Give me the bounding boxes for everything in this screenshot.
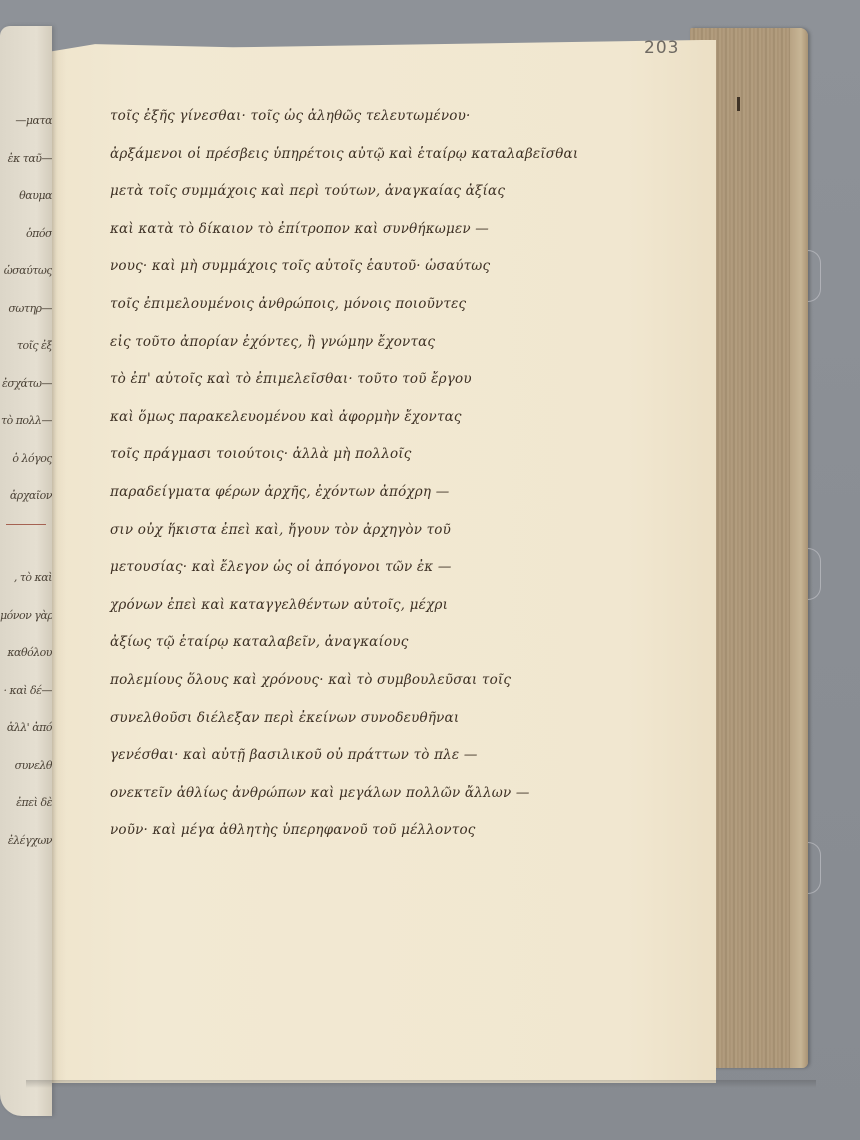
verso-line: · καὶ δέ— — [0, 684, 52, 700]
manuscript-line: ἀρξάμενοι οἱ πρέσβεις ὑπηρέτοις αὐτῷ καὶ… — [110, 146, 578, 174]
manuscript-line: νοῦν· καὶ μέγα ἀθλητὴς ὑπερηφανοῦ τοῦ μέ… — [110, 822, 476, 850]
manuscript-line: γενέσθαι· καὶ αὐτῇ βασιλικοῦ οὐ πράττων … — [110, 747, 478, 775]
page-edge-mark — [737, 97, 740, 111]
manuscript-line: παραδείγματα φέρων ἀρχῆς, ἐχόντων ἀπόχρη… — [110, 484, 449, 512]
manuscript-line: σιν οὐχ ἥκιστα ἐπεὶ καὶ, ἤγουν τὸν ἀρχηγ… — [110, 522, 451, 550]
verso-line: ἐσχάτω— — [0, 377, 52, 393]
manuscript-line: καὶ ὅμως παρακελευομένου καὶ ἀφορμὴν ἔχο… — [110, 409, 462, 437]
manuscript-line: μετὰ τοῖς συμμάχοις καὶ περὶ τούτων, ἀνα… — [110, 183, 505, 211]
verso-line: ἐκ ταῦ— — [0, 152, 52, 168]
book-clasp-mark — [808, 842, 821, 894]
manuscript-line: καὶ κατὰ τὸ δίκαιον τὸ ἐπίτροπον καὶ συν… — [110, 221, 489, 249]
manuscript-line: πολεμίους ὅλους καὶ χρόνους· καὶ τὸ συμβ… — [110, 672, 511, 700]
verso-line: ἐπεὶ δὲ — [0, 796, 52, 812]
verso-line: θαυμα — [0, 189, 52, 205]
verso-line: , τὸ καὶ — [0, 571, 52, 587]
verso-line: μόνον γὰρ — [0, 609, 52, 625]
book-clasp-mark — [808, 250, 821, 302]
verso-line: ἀρχαῖον — [0, 489, 52, 505]
book-clasp-mark — [808, 548, 821, 600]
verso-line: σωτηρ— — [0, 302, 52, 318]
folio-number: 203 — [644, 38, 679, 58]
verso-line: συνελθ — [0, 759, 52, 775]
manuscript-line: συνελθοῦσι διέλεξαν περὶ ἐκείνων συνοδευ… — [110, 710, 459, 738]
verso-line: καθόλου — [0, 646, 52, 662]
manuscript-line: χρόνων ἐπεὶ καὶ καταγγελθέντων αὐτοῖς, μ… — [110, 597, 448, 625]
manuscript-line: μετουσίας· καὶ ἔλεγον ὡς οἱ ἀπόγονοι τῶν… — [110, 559, 452, 587]
page-shadow — [26, 1080, 816, 1088]
rubric-line — [6, 524, 46, 525]
verso-line: ὁπόσ — [0, 227, 52, 243]
manuscript-line: τοῖς ἐξῆς γίνεσθαι· τοῖς ὡς ἀληθῶς τελευ… — [110, 108, 471, 136]
manuscript-line: ἀξίως τῷ ἑταίρῳ καταλαβεῖν, ἀναγκαίους — [110, 634, 408, 662]
manuscript-line: τὸ ἐπ' αὐτοῖς καὶ τὸ ἐπιμελεῖσθαι· τοῦτο… — [110, 371, 472, 399]
verso-line: ὡσαύτως — [0, 264, 52, 280]
verso-line: ἐλέγχων — [0, 834, 52, 850]
verso-line: —ματα — [0, 114, 52, 130]
verso-page: —ματαἐκ ταῦ—θαυμαὁπόσὡσαύτωςσωτηρ—τοῖς ἐ… — [0, 26, 52, 1116]
manuscript-line: τοῖς πράγμασι τοιούτοις· ἀλλὰ μὴ πολλοῖς — [110, 446, 412, 474]
manuscript-line: εἰς τοῦτο ἀπορίαν ἐχόντες, ἢ γνώμην ἔχον… — [110, 334, 435, 362]
manuscript-line: ονεκτεῖν ἀθλίως ἀνθρώπων καὶ μεγάλων πολ… — [110, 785, 530, 813]
verso-line: ἀλλ' ἀπό — [0, 721, 52, 737]
verso-line: τοῖς ἐξ — [0, 339, 52, 355]
manuscript-line: τοῖς ἐπιμελουμένοις ἀνθρώποις, μόνοις πο… — [110, 296, 466, 324]
verso-line: ὁ λόγος — [0, 452, 52, 468]
manuscript-line: νους· καὶ μὴ συμμάχοις τοῖς αὐτοῖς ἑαυτο… — [110, 258, 490, 286]
verso-line: τὸ πολλ— — [0, 414, 52, 430]
